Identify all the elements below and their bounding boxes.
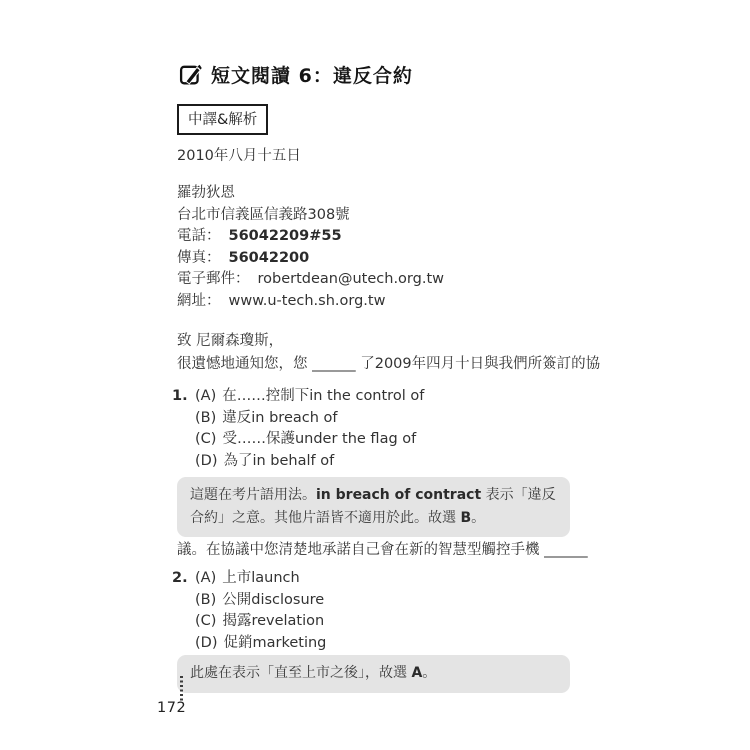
contact-website-line: 網址：www.u-tech.sh.org.tw xyxy=(177,291,444,313)
letter-body-line-2: 議。在協議中您清楚地承諾自己會在新的智慧型觸控手機 ______ xyxy=(177,538,588,559)
question-1-option-a: 1. (A) 在……控制下in the control of xyxy=(172,386,424,408)
email-label: 電子郵件： xyxy=(177,271,250,287)
letter-salutation: 致 尼爾森瓊斯， xyxy=(177,330,600,353)
contact-fax-line: 傳真：56042200 xyxy=(177,248,444,270)
contact-name: 羅勃狄恩 xyxy=(177,183,444,205)
contact-email-line: 電子郵件：robertdean@utech.org.tw xyxy=(177,269,444,291)
letter-greeting-block: 致 尼爾森瓊斯， 很遺憾地通知您，您 ______ 了2009年四月十日與我們所… xyxy=(177,330,600,376)
letter-date: 2010年八月十五日 xyxy=(177,144,301,165)
fax-value: 56042200 xyxy=(229,250,310,266)
contact-block: 羅勃狄恩 台北市信義區信義路308號 電話：56042209#55 傳真：560… xyxy=(177,183,444,313)
letter-body-line-1: 很遺憾地通知您，您 ______ 了2009年四月十日與我們所簽訂的協 xyxy=(177,353,600,376)
question-2: 2. (A) 上市launch (B) 公開disclosure (C) 揭露r… xyxy=(172,568,326,654)
website-value: www.u-tech.sh.org.tw xyxy=(229,293,386,309)
section-title: 短文閱讀 6：違反合約 xyxy=(211,61,413,88)
question-1-option-c: (C) 受……保護under the flag of xyxy=(172,429,424,451)
memo-pencil-icon xyxy=(179,63,202,86)
question-2-option-d: (D) 促銷marketing xyxy=(172,633,326,655)
question-2-option-a: 2. (A) 上市launch xyxy=(172,568,326,590)
page-number: 172 xyxy=(157,700,186,716)
phone-value: 56042209#55 xyxy=(229,228,342,244)
vertical-dots-mark xyxy=(180,676,183,702)
question-1-explanation-box: 這題在考片語用法。in breach of contract 表示「違反合約」之… xyxy=(177,477,570,537)
question-1-option-d: (D) 為了in behalf of xyxy=(172,451,424,473)
question-2-option-b: (B) 公開disclosure xyxy=(172,590,326,612)
contact-address: 台北市信義區信義路308號 xyxy=(177,205,444,227)
question-2-number: 2. xyxy=(172,568,195,590)
fax-label: 傳真： xyxy=(177,250,221,266)
email-value: robertdean@utech.org.tw xyxy=(258,271,445,287)
book-page: 短文閱讀 6：違反合約 中譯&解析 2010年八月十五日 羅勃狄恩 台北市信義區… xyxy=(0,0,750,750)
website-label: 網址： xyxy=(177,293,221,309)
phone-label: 電話： xyxy=(177,228,221,244)
contact-phone-line: 電話：56042209#55 xyxy=(177,226,444,248)
question-1: 1. (A) 在……控制下in the control of (B) 違反in … xyxy=(172,386,424,472)
question-1-number: 1. xyxy=(172,386,195,408)
question-1-option-b: (B) 違反in breach of xyxy=(172,408,424,430)
question-2-explanation-box: 此處在表示「直至上市之後」，故選 A。 xyxy=(177,655,570,693)
question-2-option-c: (C) 揭露revelation xyxy=(172,611,326,633)
section-header: 短文閱讀 6：違反合約 xyxy=(179,61,413,88)
translation-analysis-tag: 中譯&解析 xyxy=(177,104,268,135)
